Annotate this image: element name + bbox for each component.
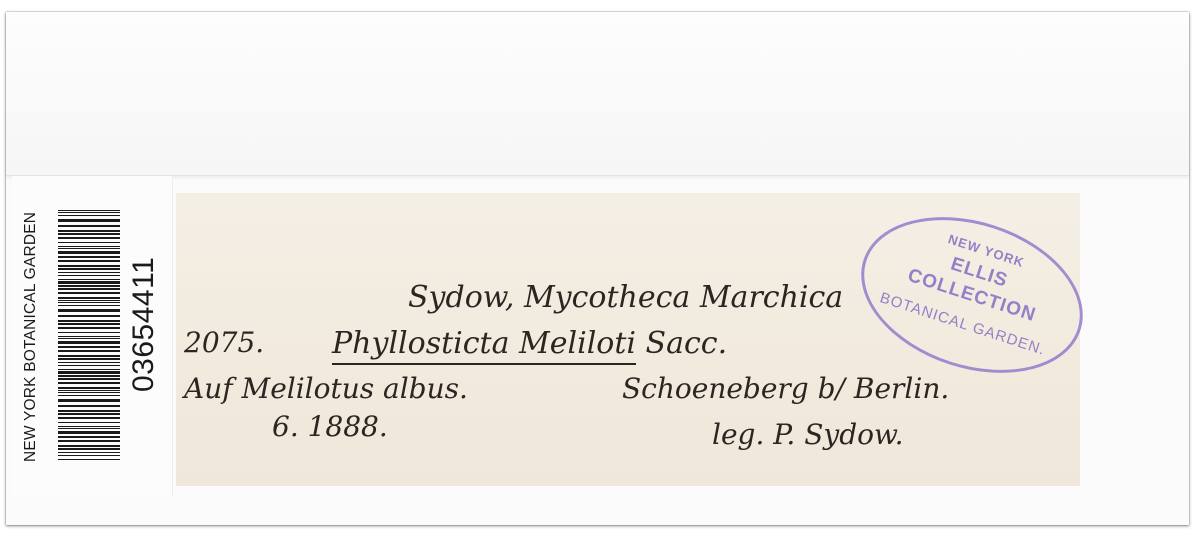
label-host: Auf Melilotus albus.	[184, 372, 468, 405]
label-date: 6. 1888.	[272, 410, 388, 443]
label-taxon: Phyllosticta Meliloti	[332, 326, 636, 365]
label-exsiccata-number: 2075.	[184, 326, 264, 359]
barcode-icon	[58, 210, 120, 462]
barcode-number: 03654411	[127, 257, 161, 392]
barcode-institution: NEW YORK BOTANICAL GARDEN	[22, 212, 40, 462]
label-series: Sydow, Mycotheca Marchica	[408, 280, 843, 315]
label-collector: leg. P. Sydow.	[712, 418, 904, 451]
label-taxon-line: Phyllosticta Meliloti Sacc.	[332, 326, 727, 361]
packet-flap	[6, 12, 1189, 176]
label-locality: Schoeneberg b/ Berlin.	[622, 372, 949, 405]
label-author: Sacc.	[646, 326, 728, 361]
